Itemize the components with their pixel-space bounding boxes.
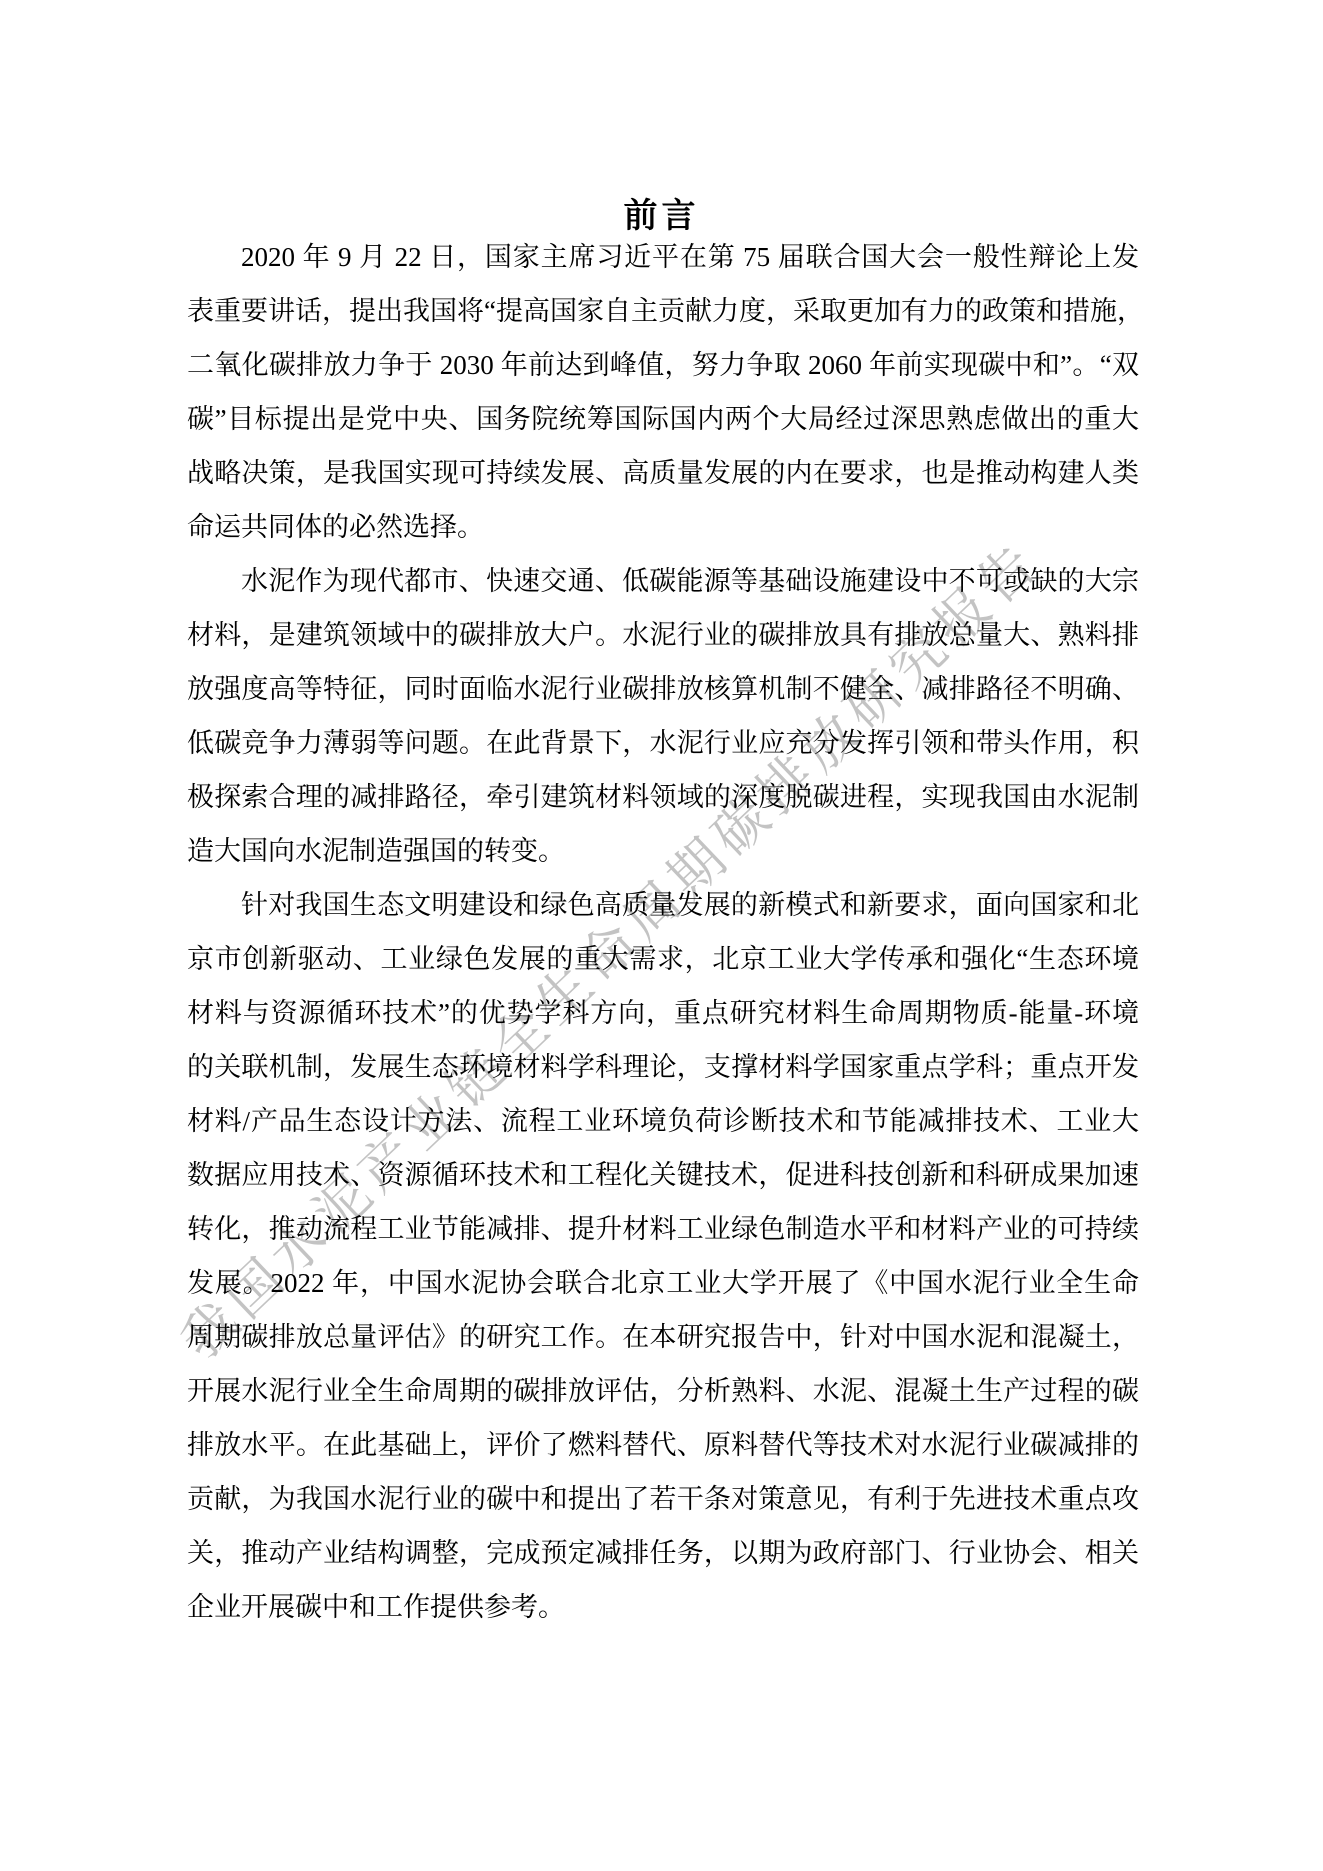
- text-line: 针对我国生态文明建设和绿色高质量发展的新模式和新要求，面向国家和北: [187, 878, 1139, 932]
- text-line: 2020 年 9 月 22 日，国家主席习近平在第 75 届联合国大会一般性辩论…: [187, 230, 1139, 284]
- paragraph: 针对我国生态文明建设和绿色高质量发展的新模式和新要求，面向国家和北京市创新驱动、…: [187, 878, 1139, 1634]
- text-line: 表重要讲话，提出我国将“提高国家自主贡献力度，采取更加有力的政策和措施，: [187, 284, 1139, 338]
- text-line: 二氧化碳排放力争于 2030 年前达到峰值，努力争取 2060 年前实现碳中和”…: [187, 338, 1139, 392]
- text-line: 造大国向水泥制造强国的转变。: [187, 824, 1139, 878]
- text-line: 周期碳排放总量评估》的研究工作。在本研究报告中，针对中国水泥和混凝土，: [187, 1310, 1139, 1364]
- text-line: 材料与资源循环技术”的优势学科方向，重点研究材料生命周期物质-能量-环境: [187, 986, 1139, 1040]
- text-line: 发展。2022 年，中国水泥协会联合北京工业大学开展了《中国水泥行业全生命: [187, 1256, 1139, 1310]
- paragraph: 2020 年 9 月 22 日，国家主席习近平在第 75 届联合国大会一般性辩论…: [187, 230, 1139, 554]
- text-line: 数据应用技术、资源循环技术和工程化关键技术，促进科技创新和科研成果加速: [187, 1148, 1139, 1202]
- text-line: 命运共同体的必然选择。: [187, 500, 1139, 554]
- text-line: 排放水平。在此基础上，评价了燃料替代、原料替代等技术对水泥行业碳减排的: [187, 1418, 1139, 1472]
- text-line: 转化，推动流程工业节能减排、提升材料工业绿色制造水平和材料产业的可持续: [187, 1202, 1139, 1256]
- text-line: 材料/产品生态设计方法、流程工业环境负荷诊断技术和节能减排技术、工业大: [187, 1094, 1139, 1148]
- text-line: 企业开展碳中和工作提供参考。: [187, 1580, 1139, 1634]
- text-line: 材料，是建筑领域中的碳排放大户。水泥行业的碳排放具有排放总量大、熟料排: [187, 608, 1139, 662]
- text-line: 京市创新驱动、工业绿色发展的重大需求，北京工业大学传承和强化“生态环境: [187, 932, 1139, 986]
- text-line: 低碳竞争力薄弱等问题。在此背景下，水泥行业应充分发挥引领和带头作用，积: [187, 716, 1139, 770]
- text-line: 的关联机制，发展生态环境材料学科理论，支撑材料学国家重点学科；重点开发: [187, 1040, 1139, 1094]
- document-page: 我国水泥产业链全生命周期碳排放研究报告 前言 2020 年 9 月 22 日，国…: [0, 0, 1323, 1871]
- text-line: 碳”目标提出是党中央、国务院统筹国际国内两个大局经过深思熟虑做出的重大: [187, 392, 1139, 446]
- text-line: 放强度高等特征，同时面临水泥行业碳排放核算机制不健全、减排路径不明确、: [187, 662, 1139, 716]
- text-line: 开展水泥行业全生命周期的碳排放评估，分析熟料、水泥、混凝土生产过程的碳: [187, 1364, 1139, 1418]
- text-line: 贡献，为我国水泥行业的碳中和提出了若干条对策意见，有利于先进技术重点攻: [187, 1472, 1139, 1526]
- document-body: 2020 年 9 月 22 日，国家主席习近平在第 75 届联合国大会一般性辩论…: [187, 230, 1139, 1634]
- text-line: 关，推动产业结构调整，完成预定减排任务，以期为政府部门、行业协会、相关: [187, 1526, 1139, 1580]
- text-line: 水泥作为现代都市、快速交通、低碳能源等基础设施建设中不可或缺的大宗: [187, 554, 1139, 608]
- text-line: 战略决策，是我国实现可持续发展、高质量发展的内在要求，也是推动构建人类: [187, 446, 1139, 500]
- paragraph: 水泥作为现代都市、快速交通、低碳能源等基础设施建设中不可或缺的大宗材料，是建筑领…: [187, 554, 1139, 878]
- text-line: 极探索合理的减排路径，牵引建筑材料领域的深度脱碳进程，实现我国由水泥制: [187, 770, 1139, 824]
